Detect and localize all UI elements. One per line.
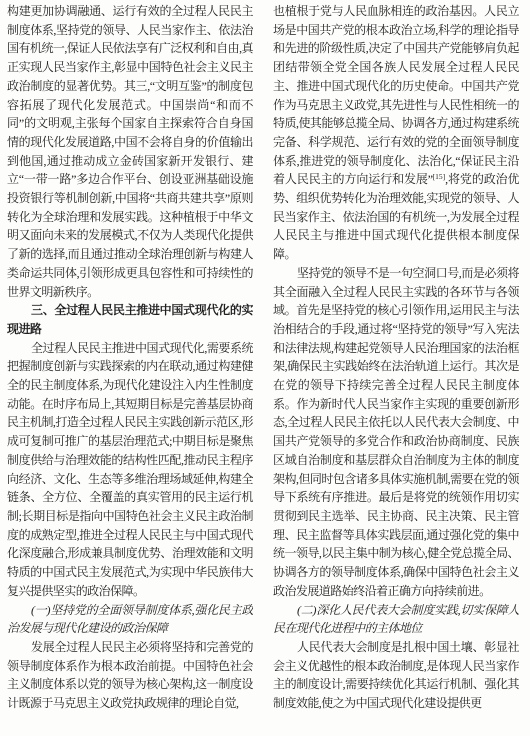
column-right: 也植根于党与人民血脉相连的政治基因。人民立场是中国共产党的根本政治立场,科学的理…: [273, 2, 519, 736]
paragraph-continuation: 也植根于党与人民血脉相连的政治基因。人民立场是中国共产党的根本政治立场,科学的理…: [273, 2, 519, 264]
paragraph: 发展全过程人民民主必须将坚持和完善党的领导制度体系作为根本政治前提。中国特色社会…: [7, 638, 253, 713]
paragraph: 人民代表大会制度是扎根中国土壤、彰显社会主义优越性的根本政治制度,是体现人民当家…: [273, 638, 519, 713]
text-run: 也植根于党与人民血脉相连的政治基因。人民立场是中国共产党的根本政治立场,科学的理…: [273, 4, 519, 186]
text-run: 发展全过程人民民主必须将坚持和完善党的领导制度体系作为根本政治前提。中国特色社会…: [7, 640, 253, 710]
text-run: 坚持党的领导不是一句空洞口号,而是必须将其全面融入全过程人民民主实践的各环节与各…: [273, 266, 519, 598]
two-column-layout: 构建更加协调融通、运行有效的全过程人民民主制度体系,坚持党的领导、人民当家作主、…: [7, 2, 519, 736]
footnote-ref: [15]: [433, 172, 446, 181]
column-left: 构建更加协调融通、运行有效的全过程人民民主制度体系,坚持党的领导、人民当家作主、…: [7, 2, 253, 736]
subsection-heading: (二)深化人民代表大会制度实践,切实保障人民在现代化进程中的主体地位: [273, 601, 519, 638]
text-run: 人民代表大会制度是扎根中国土壤、彰显社会主义优越性的根本政治制度,是体现人民当家…: [273, 640, 519, 710]
paragraph-continuation: 构建更加协调融通、运行有效的全过程人民民主制度体系,坚持党的领导、人民当家作主、…: [7, 2, 253, 301]
document-page: 构建更加协调融通、运行有效的全过程人民民主制度体系,坚持党的领导、人民当家作主、…: [0, 0, 530, 736]
text-run: 全过程人民民主推进中国式现代化,需要系统把握制度创新与实践探索的内在联动,通过构…: [7, 341, 253, 598]
text-run: (一)坚持党的全面领导制度体系,强化民主政治发展与现代化建设的政治保障: [7, 603, 253, 636]
text-run: (二)深化人民代表大会制度实践,切实保障人民在现代化进程中的主体地位: [273, 603, 519, 636]
paragraph: 坚持党的领导不是一句空洞口号,而是必须将其全面融入全过程人民民主实践的各环节与各…: [273, 264, 519, 601]
subsection-heading: (一)坚持党的全面领导制度体系,强化民主政治发展与现代化建设的政治保障: [7, 601, 253, 638]
paragraph: 全过程人民民主推进中国式现代化,需要系统把握制度创新与实践探索的内在联动,通过构…: [7, 339, 253, 601]
text-run: 构建更加协调融通、运行有效的全过程人民民主制度体系,坚持党的领导、人民当家作主、…: [7, 4, 253, 299]
section-heading: 三、全过程人民民主推进中国式现代化的实现进路: [7, 301, 253, 338]
text-run: 三、全过程人民民主推进中国式现代化的实现进路: [7, 303, 253, 336]
